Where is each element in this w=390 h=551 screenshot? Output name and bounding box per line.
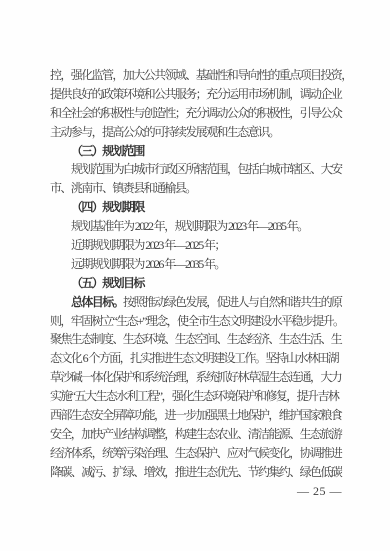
- goal-lead-label: 总体目标。: [71, 295, 123, 309]
- text-line: 市、洮南市、镇赉县和通榆县。: [50, 179, 342, 198]
- text-block: 控，强化监管，加大公共领域、基础性和导向性的重点项目投资， 提供良好的政策环境和…: [50, 66, 342, 482]
- document-page: 控，强化监管，加大公共领域、基础性和导向性的重点项目投资， 提供良好的政策环境和…: [0, 0, 390, 551]
- text-line: 西部生态安全屏障功能，进一步加强黑土地保护，维护国家粮食: [50, 406, 342, 425]
- text-line: 提供良好的政策环境和公共服务；充分运用市场机制，调动企业: [50, 85, 342, 104]
- text-line: 规划基准年为 2022 年，规划期限为 2023 年—2035 年。: [50, 217, 342, 236]
- text-line: 近期规划期限为 2023 年—2025 年；: [50, 236, 342, 255]
- text-line: 则，牢固树立“生态+”理念，使全市生态文明建设水平稳步提升。: [50, 312, 342, 331]
- text-line: 和全社会的积极性与创造性；充分调动公众的积极性，引导公众: [50, 104, 342, 123]
- text-line: 降碳、减污、扩绿、增效，推进生态优先、节约集约、绿色低碳: [50, 463, 342, 482]
- text-line: 聚焦生态制度、生态环境、生态空间、生态经济、生态生活、生: [50, 330, 342, 349]
- text-line: 远期规划期限为 2026 年—2035 年。: [50, 255, 342, 274]
- text-line: 态文化 6 个方面，扎实推进生态文明建设工作。坚持山水林田湖: [50, 349, 342, 368]
- page-number: — 25 —: [50, 484, 342, 499]
- text-line: 规划范围为白城市行政区所辖范围，包括白城市辖区、大安: [50, 160, 342, 179]
- text-line: 主动参与，提高公众的可持续发展观和生态意识。: [50, 123, 342, 142]
- section-heading-scope: （三）规划范围: [50, 142, 342, 161]
- text-line: 控，强化监管，加大公共领域、基础性和导向性的重点项目投资，: [50, 66, 342, 85]
- section-heading-goals: （五）规划目标: [50, 274, 342, 293]
- goal-lead-rest: 按照推动绿色发展，促进人与自然和谐共生的原: [123, 295, 341, 309]
- section-heading-period: （四）规划期限: [50, 198, 342, 217]
- text-line: 总体目标。按照推动绿色发展，促进人与自然和谐共生的原: [50, 293, 342, 312]
- text-line: 实施“五大生态水利工程”，强化生态环境保护和修复，提升吉林: [50, 387, 342, 406]
- text-line: 草沙碱一体化保护和系统治理，系统抓好林草湿生态连通，大力: [50, 368, 342, 387]
- text-line: 安全，加快产业结构调整，构建生态农业、清洁能源、生态旅游: [50, 425, 342, 444]
- text-line: 经济体系，统筹污染治理、生态保护、应对气候变化，协调推进: [50, 444, 342, 463]
